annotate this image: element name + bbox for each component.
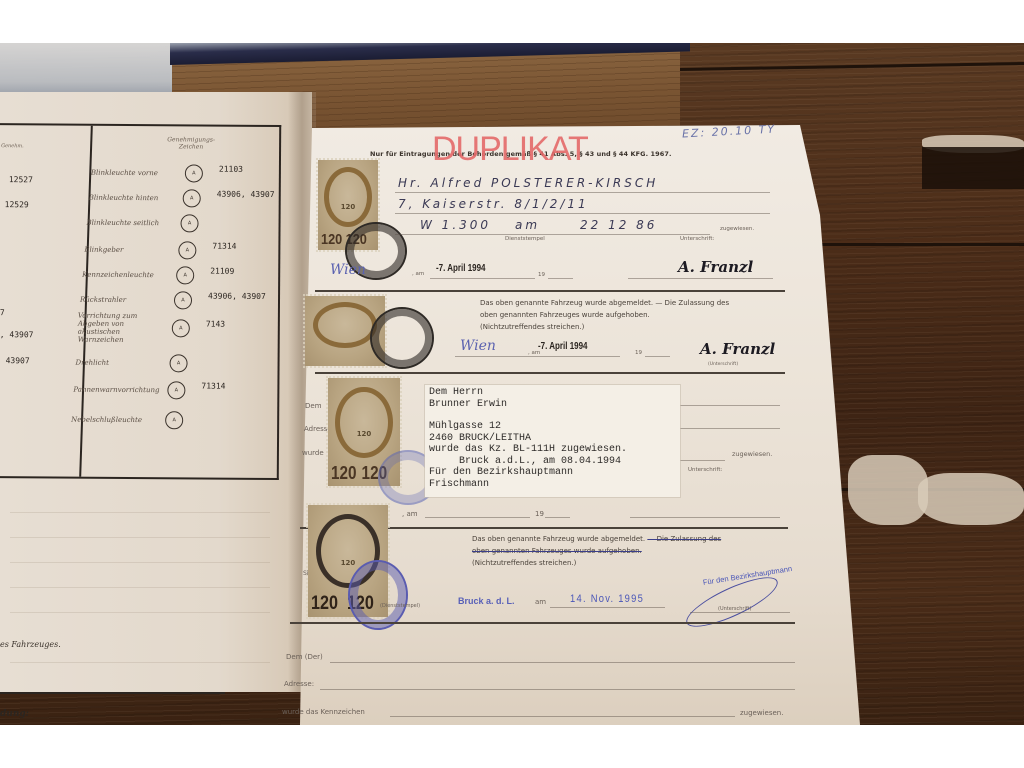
service-stamp-label: Dienststempel	[505, 236, 545, 242]
approval-mark-circle: A	[178, 241, 196, 259]
deregistration-notice: Das oben genannte Fahrzeug wurde abgemel…	[480, 297, 729, 309]
left-number: , 43907	[0, 330, 34, 339]
signature-label: Unterschrift:	[680, 236, 714, 242]
typed-line: 2460 BRUCK/LEITHA	[429, 433, 676, 445]
table-rows: Blinkleuchte vorneA21103Blinkleuchte hin…	[0, 125, 279, 127]
row-label: Nebelschlußleuchte	[71, 416, 161, 425]
left-footer-rule	[0, 692, 225, 694]
signature-label: (Unterschrift)	[708, 362, 738, 367]
typed-line: Brunner Erwin	[429, 399, 676, 411]
label-kennzeichen: wurde das Kennzeichen	[282, 708, 365, 716]
row-label: Blinkleuchte hinten	[89, 194, 179, 203]
approval-number: 43906, 43907	[217, 189, 275, 198]
typed-line	[429, 410, 676, 421]
paint-chip	[848, 455, 928, 525]
official-seal-stamp	[370, 307, 434, 369]
year-prefix: 19	[635, 350, 642, 356]
left-page: Genehm. Genehmigungs-Zeichen 12527 12529…	[0, 92, 312, 692]
left-footer-text: es Fahrzeuges.	[0, 640, 61, 649]
table-row: BlinkgeberA71314	[84, 238, 236, 263]
handwritten-place: Wien	[330, 262, 366, 278]
typed-line: wurde das Kz. BL-111H zugewiesen.	[429, 444, 676, 456]
year-prefix: 19	[535, 510, 544, 518]
approval-number: 43906, 43907	[208, 291, 266, 300]
handwritten-plate: W 1.300	[420, 218, 491, 232]
table-row: Vorrichtung zum Abgeben von akustischen …	[78, 316, 225, 341]
am-label: , am	[412, 271, 424, 277]
approval-number: 7143	[206, 319, 225, 328]
date-stamp: -7. April 1994	[538, 341, 588, 352]
row-label: Blinkleuchte vorne	[91, 169, 181, 178]
row-label: Vorrichtung zum Abgeben von akustischen …	[78, 312, 168, 345]
struck-text: oben genannten Fahrzeuges wurde aufgehob…	[472, 545, 642, 557]
duplikat-stamp: DUPLIKAT	[432, 130, 588, 169]
typed-line: Mühlgasse 12	[429, 421, 676, 433]
approval-mark-circle: A	[172, 319, 190, 337]
struck-text: — Die Zulassung des	[647, 535, 721, 543]
typed-line: Frischmann	[429, 479, 676, 491]
table-row: DrehlichtA	[75, 351, 203, 376]
approval-mark-circle: A	[176, 266, 194, 284]
table-row: NebelschlußleuchteA	[71, 408, 199, 433]
approval-number: 21109	[210, 266, 234, 275]
table-row: Blinkleuchte hintenA43906, 43907	[89, 186, 275, 211]
table-row: PannenwarnvorrichtungA71314	[73, 378, 225, 403]
handwritten-place: Wien	[460, 338, 496, 354]
table-row: KennzeichenleuchteA21109	[82, 263, 234, 288]
deregistration-notice: oben genannten Fahrzeuges wurde aufgehob…	[480, 309, 650, 321]
assigned-label: zugewiesen.	[732, 450, 772, 458]
strike-instruction: (Nichtzutreffendes streichen.)	[480, 321, 584, 333]
row-label: Drehlicht	[76, 359, 166, 368]
approval-mark-circle: A	[183, 189, 201, 207]
approval-mark-circle: A	[174, 291, 192, 309]
approval-marks-table: Genehm. Genehmigungs-Zeichen 12527 12529…	[0, 123, 281, 480]
date-stamp: -7. April 1994	[436, 263, 486, 274]
table-header: Genehmigungs-Zeichen	[161, 136, 221, 150]
row-label: Kennzeichenleuchte	[82, 271, 172, 280]
row-label: Blinkgeber	[84, 246, 174, 255]
label-dem-der: Dem (Der)	[286, 653, 323, 661]
label-dem: Dem	[305, 402, 322, 410]
row-label: Rückstrahler	[80, 296, 170, 305]
table-row: RückstrahlerA43906, 43907	[80, 288, 266, 313]
approval-number: 21103	[219, 164, 243, 173]
wood-plank-gap	[680, 62, 1024, 71]
typed-assignment-text: Dem HerrnBrunner ErwinMühlgasse 122460 B…	[425, 385, 680, 492]
assigned-label: zugewiesen.	[720, 226, 754, 232]
typed-assignment-label: Dem HerrnBrunner ErwinMühlgasse 122460 B…	[425, 385, 680, 497]
place-stamp: Bruck a. d. L.	[458, 596, 515, 606]
date-stamp: 14. Nov. 1995	[570, 593, 644, 605]
year-prefix: 19	[538, 272, 545, 278]
approval-mark-circle: A	[170, 354, 188, 372]
approval-mark-circle: A	[167, 381, 185, 399]
left-column-header: Genehm.	[1, 143, 24, 149]
left-number: 43907	[6, 356, 30, 365]
typed-line: Bruck a.d.L., am 08.04.1994	[429, 456, 676, 468]
row-label: Pannenwarnvorrichtung	[73, 386, 163, 395]
strike-instruction: (Nichtzutreffendes streichen.)	[472, 557, 576, 569]
approval-mark-circle: A	[185, 164, 203, 182]
signature: A. Franzl	[700, 340, 775, 358]
handwritten-date: 22 12 86	[580, 218, 657, 232]
handwritten-owner-name: Hr. Alfred POLSTERER-KIRSCH	[398, 176, 658, 190]
signature-label: Unterschrift:	[688, 467, 722, 473]
label-wurde: wurde	[302, 449, 324, 457]
table-row: Blinkleuchte vorneA21103	[91, 161, 243, 186]
am-label: , am	[402, 510, 418, 518]
left-number: 7	[0, 308, 5, 317]
signature: A. Franzl	[678, 258, 753, 276]
wood-plank-gap	[820, 243, 1024, 246]
label-adresse: Adresse:	[284, 680, 314, 688]
deregistration-notice: Das oben genannte Fahrzeug wurde abgemel…	[472, 533, 721, 545]
am-label: am	[535, 598, 546, 606]
paint-chip	[918, 473, 1024, 525]
approval-number: 71314	[201, 381, 225, 390]
row-label: Blinkleuchte seitlich	[87, 219, 177, 228]
approval-mark-circle: A	[180, 214, 198, 232]
handwritten-address: 7, Kaiserstr. 8/1/2/11	[398, 197, 589, 211]
left-number: 12529	[5, 200, 29, 209]
service-stamp-label: (Dienststempel)	[380, 603, 420, 609]
table-row: Blinkleuchte seitlichA	[86, 211, 214, 236]
handwritten-am: am	[515, 218, 540, 232]
assigned-label: zugewiesen.	[740, 709, 783, 717]
wood-dark-patch	[922, 147, 1024, 189]
approval-number: 71314	[212, 241, 236, 250]
approval-mark-circle: A	[165, 411, 183, 429]
notice-text: Das oben genannte Fahrzeug wurde abgemel…	[472, 535, 645, 543]
typed-line: Für den Bezirkshauptmann	[429, 467, 676, 479]
typed-line: Dem Herrn	[429, 387, 676, 399]
label-siegel: Si	[303, 570, 308, 577]
left-bottom-heading: dung:	[0, 709, 29, 719]
left-number: 12527	[9, 175, 33, 184]
district-authority-seal	[348, 560, 408, 630]
